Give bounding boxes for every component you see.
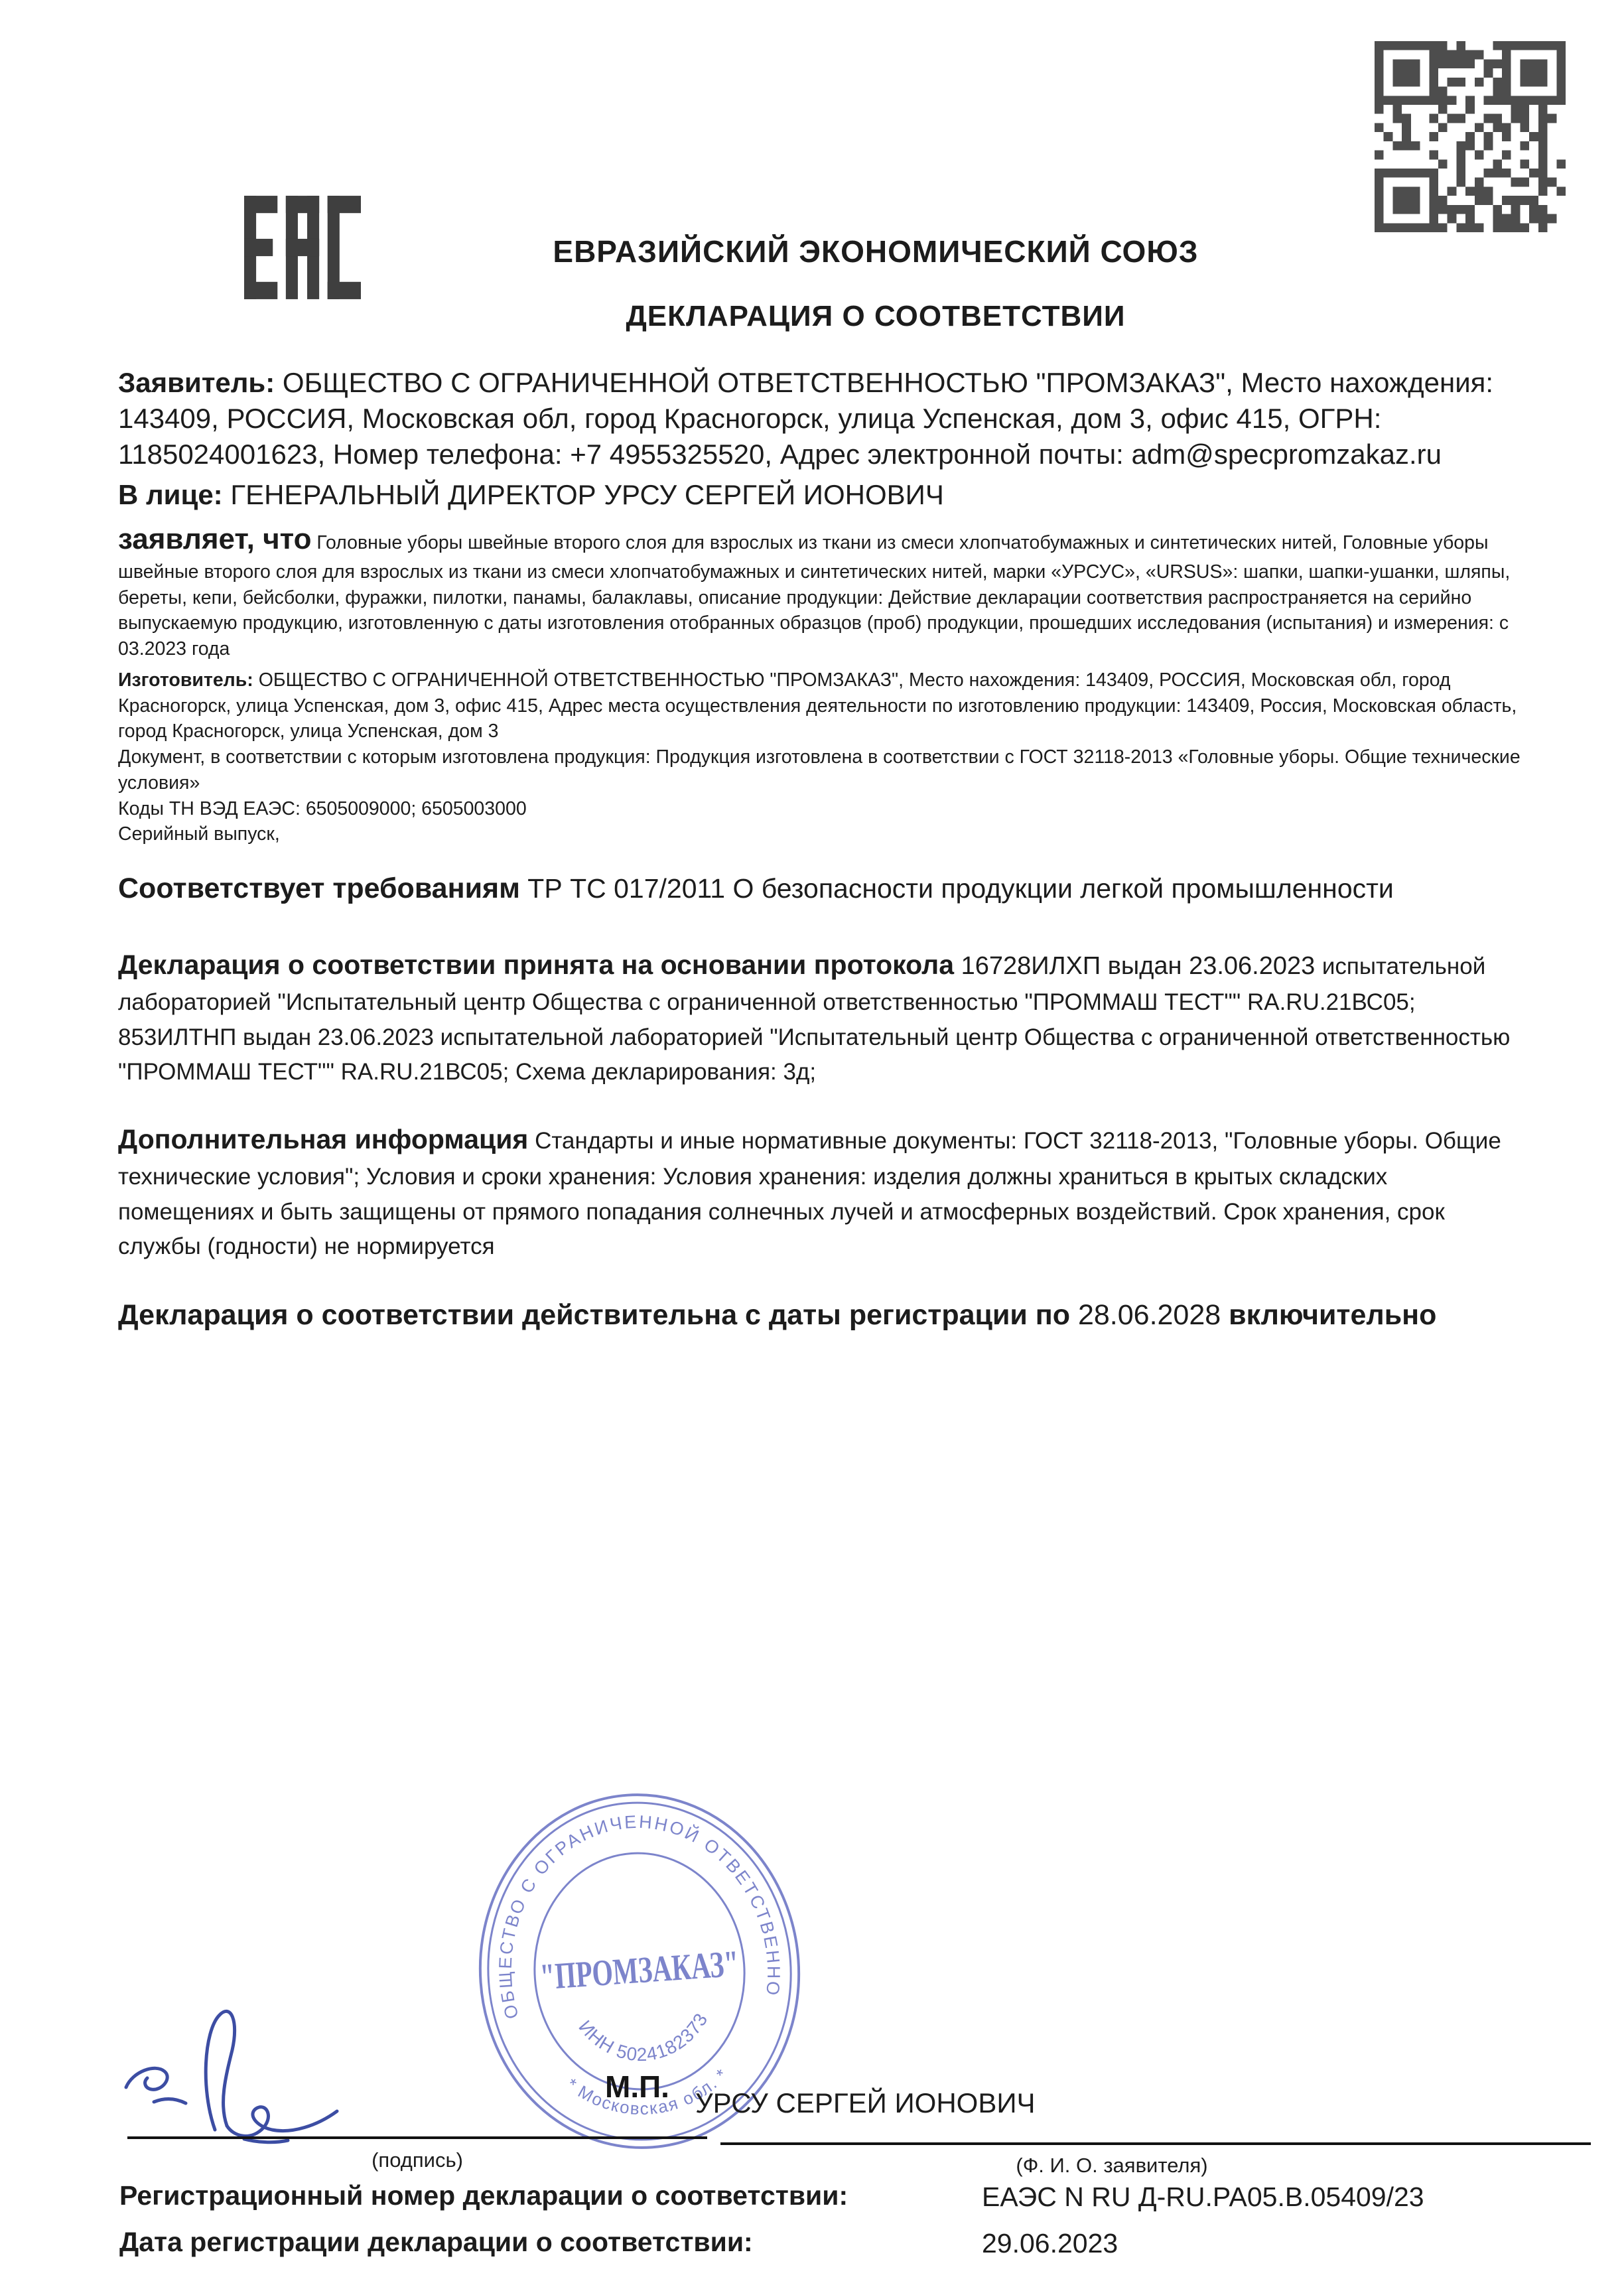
additional-info-label: Дополнительная информация — [118, 1124, 528, 1154]
represented-by-paragraph: В лице: ГЕНЕРАЛЬНЫЙ ДИРЕКТОР УРСУ СЕРГЕЙ… — [118, 477, 1527, 513]
registration-number-label: Регистрационный номер декларации о соотв… — [119, 2180, 848, 2211]
applicant-label: Заявитель: — [118, 367, 275, 398]
tnved-codes: Коды ТН ВЭД ЕАЭС: 6505009000; 6505003000 — [118, 796, 1527, 822]
applicant-paragraph: Заявитель: ОБЩЕСТВО С ОГРАНИЧЕННОЙ ОТВЕТ… — [118, 365, 1527, 472]
registration-date-label: Дата регистрации декларации о соответств… — [119, 2227, 753, 2258]
stamp-center-text: "ПРОМЗАКАЗ" — [539, 1943, 740, 1998]
declares-text: Головные уборы швейные второго слоя для … — [118, 532, 1510, 660]
represented-by-label: В лице: — [118, 479, 223, 510]
serial-release: Серийный выпуск, — [118, 821, 1527, 847]
applicant-text: ОБЩЕСТВО С ОГРАНИЧЕННОЙ ОТВЕТСТВЕННОСТЬЮ… — [118, 367, 1493, 470]
signature-line — [127, 2136, 707, 2139]
qr-code — [1375, 41, 1566, 232]
registration-number-value: ЕАЭС N RU Д-RU.РА05.В.05409/23 — [982, 2182, 1424, 2213]
fio-caption: (Ф. И. О. заявителя) — [720, 2154, 1503, 2178]
declaration-document: ЕВРАЗИЙСКИЙ ЭКОНОМИЧЕСКИЙ СОЮЗ ДЕКЛАРАЦИ… — [0, 0, 1624, 2293]
complies-text: ТР ТС 017/2011 О безопасности продукции … — [520, 873, 1394, 904]
validity-date: 28.06.2028 — [1078, 1299, 1221, 1331]
page-title: ДЕКЛАРАЦИЯ О СООТВЕТСТВИИ — [358, 300, 1393, 333]
signature-caption: (подпись) — [127, 2148, 707, 2172]
basis-protocol-first: 16728ИЛХП выдан 23.06.2023 — [954, 952, 1322, 980]
additional-info-paragraph: Дополнительная информация Стандарты и ин… — [118, 1119, 1527, 1265]
fio-line — [720, 2142, 1591, 2145]
document-body: Заявитель: ОБЩЕСТВО С ОГРАНИЧЕННОЙ ОТВЕТ… — [118, 365, 1527, 1336]
manufacturer-paragraph: Изготовитель: ОБЩЕСТВО С ОГРАНИЧЕННОЙ ОТ… — [118, 667, 1527, 744]
validity-label: Декларация о соответствии действительна … — [118, 1299, 1078, 1331]
declares-label: заявляет, что — [118, 523, 312, 555]
manufacturer-text: ОБЩЕСТВО С ОГРАНИЧЕННОЙ ОТВЕТСТВЕННОСТЬЮ… — [118, 669, 1517, 742]
eac-mark-logo — [244, 196, 361, 299]
validity-suffix: включительно — [1221, 1299, 1436, 1331]
basis-paragraph: Декларация о соответствии принята на осн… — [118, 945, 1527, 1090]
manufacturer-label: Изготовитель: — [118, 669, 253, 691]
applicant-fio: УРСУ СЕРГЕЙ ИОНОВИЧ — [695, 2087, 1036, 2119]
document-header: ЕВРАЗИЙСКИЙ ЭКОНОМИЧЕСКИЙ СОЮЗ ДЕКЛАРАЦИ… — [358, 234, 1393, 333]
stamp-inn-text: ИНН 5024182373 — [574, 2008, 714, 2069]
basis-label: Декларация о соответствии принята на осн… — [118, 949, 954, 980]
union-title: ЕВРАЗИЙСКИЙ ЭКОНОМИЧЕСКИЙ СОЮЗ — [358, 234, 1393, 269]
registration-date-value: 29.06.2023 — [982, 2228, 1118, 2259]
handwritten-signature — [114, 2002, 360, 2148]
product-standard-paragraph: Документ, в соответствии с которым изгот… — [118, 744, 1527, 796]
complies-paragraph: Соответствует требованиям ТР ТС 017/2011… — [118, 867, 1527, 910]
represented-by-text: ГЕНЕРАЛЬНЫЙ ДИРЕКТОР УРСУ СЕРГЕЙ ИОНОВИЧ — [223, 479, 944, 510]
stamp-place-label: М.П. — [605, 2069, 669, 2105]
declares-paragraph: заявляет, что Головные уборы швейные вто… — [118, 520, 1527, 662]
complies-label: Соответствует требованиям — [118, 872, 520, 904]
validity-paragraph: Декларация о соответствии действительна … — [118, 1295, 1527, 1336]
